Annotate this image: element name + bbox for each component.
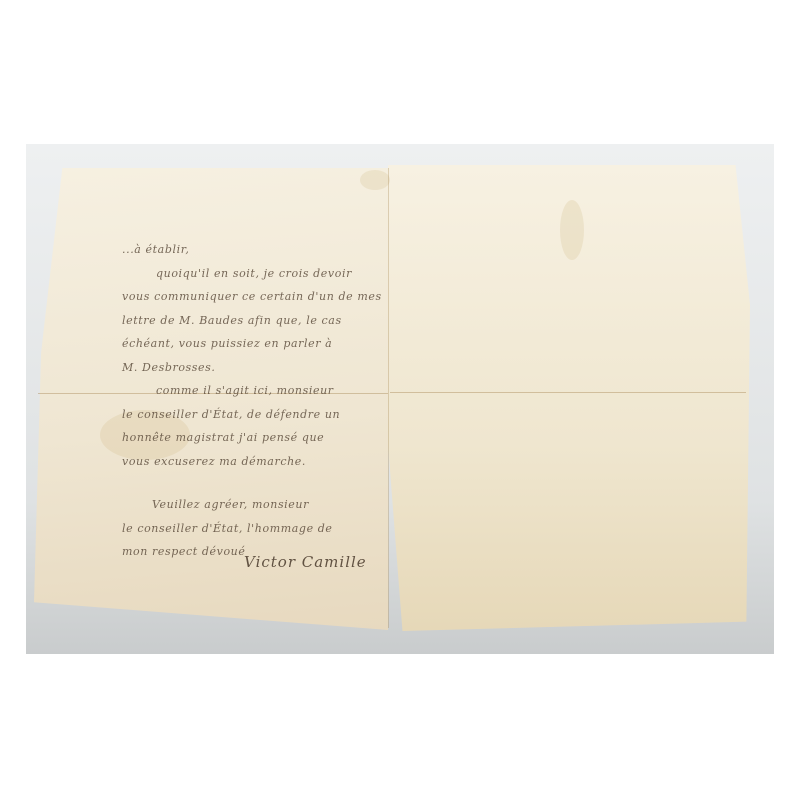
paper-stain xyxy=(360,170,390,190)
signature: Victor Camille xyxy=(244,553,367,571)
letter-line: vous communiquer ce certain d'un de mes xyxy=(122,285,384,309)
fold-line-right xyxy=(390,392,746,393)
paper-stain xyxy=(560,200,584,260)
letter-line: échéant, vous puissiez en parler à xyxy=(122,332,384,356)
letter-line: honnête magistrat j'ai pensé que xyxy=(122,426,384,450)
letter-line: quoiqu'il en soit, je crois devoir xyxy=(122,262,384,286)
letter-line: M. Desbrosses. xyxy=(122,356,384,380)
center-fold xyxy=(388,168,389,628)
letter-line: comme il s'agit ici, monsieur xyxy=(122,379,384,403)
handwritten-letter-body: ...à établir, quoiqu'il en soit, je croi… xyxy=(122,238,384,564)
letter-line: le conseiller d'État, l'hommage de xyxy=(122,517,384,541)
letter-line: le conseiller d'État, de défendre un xyxy=(122,403,384,427)
letter-line: lettre de M. Baudes afin que, le cas xyxy=(122,309,384,333)
letter-line: Veuillez agréer, monsieur xyxy=(122,493,384,517)
letter-line: ...à établir, xyxy=(122,238,384,262)
letter-line: vous excuserez ma démarche. xyxy=(122,450,384,474)
